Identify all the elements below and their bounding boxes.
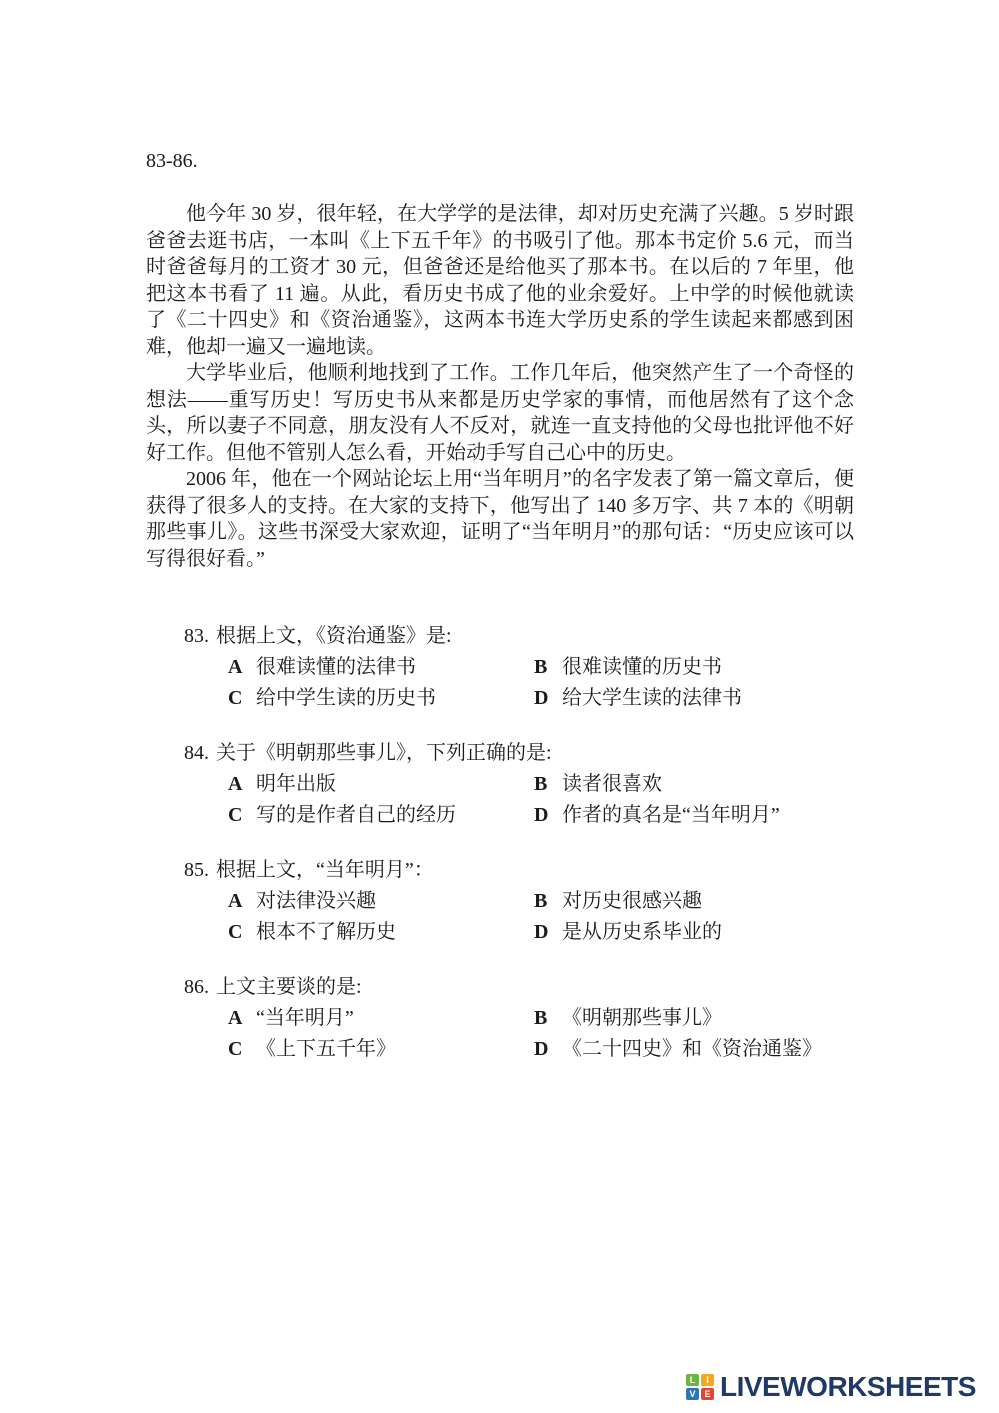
option-text: 作者的真名是“当年明月” (562, 800, 780, 831)
question-stem-text: 上文主要谈的是: (216, 976, 362, 998)
option-83-A[interactable]: A 很难读懂的法律书 (228, 652, 534, 683)
option-text: “当年明月” (256, 1003, 354, 1034)
option-83-D[interactable]: D 给大学生读的法律书 (534, 683, 742, 714)
question-number: 86. (184, 976, 209, 998)
option-83-C[interactable]: C 给中学生读的历史书 (228, 683, 534, 714)
option-letter: C (228, 1034, 245, 1065)
question-stem-text: 关于《明朝那些事儿》，下列正确的是: (216, 742, 552, 764)
option-row: C 《上下五千年》 D 《二十四史》和《资治通鉴》 (146, 1034, 854, 1065)
option-text: 给大学生读的法律书 (562, 683, 742, 714)
exercise-range-label: 83-86. (146, 150, 854, 172)
option-letter: D (534, 1034, 551, 1065)
option-letter: A (228, 886, 245, 917)
option-text: 《明朝那些事儿》 (562, 1003, 722, 1034)
option-letter: C (228, 800, 245, 831)
question-stem-text: 根据上文，“当年明月”： (216, 859, 434, 881)
option-text: 写的是作者自己的经历 (256, 800, 456, 831)
option-row: C 给中学生读的历史书 D 给大学生读的法律书 (146, 683, 854, 714)
worksheet-content: 83-86. 他今年 30 岁，很年轻，在大学学的是法律，却对历史充满了兴趣。5… (146, 150, 854, 1089)
logo-tile-e: E (701, 1388, 714, 1400)
question-stem: 86.上文主要谈的是: (146, 972, 854, 1003)
option-letter: D (534, 917, 551, 948)
option-row: A 很难读懂的法律书 B 很难读懂的历史书 (146, 652, 854, 683)
question-85: 85.根据上文，“当年明月”： A 对法律没兴趣 B 对历史很感兴趣 C (146, 855, 854, 948)
option-85-A[interactable]: A 对法律没兴趣 (228, 886, 534, 917)
question-number: 84. (184, 742, 209, 764)
question-stem-text: 根据上文，《资治通鉴》是: (216, 625, 452, 647)
option-row: C 根本不了解历史 D 是从历史系毕业的 (146, 917, 854, 948)
liveworksheets-wordmark: LIVEWORKSHEETS (720, 1371, 976, 1403)
option-84-B[interactable]: B 读者很喜欢 (534, 769, 662, 800)
passage-paragraph: 他今年 30 岁，很年轻，在大学学的是法律，却对历史充满了兴趣。5 岁时跟爸爸去… (146, 201, 854, 360)
question-stem: 83.根据上文，《资治通鉴》是: (146, 621, 854, 652)
option-86-A[interactable]: A “当年明月” (228, 1003, 534, 1034)
liveworksheets-grid-icon: L I V E (686, 1374, 714, 1400)
option-letter: A (228, 1003, 245, 1034)
option-text: 很难读懂的法律书 (256, 652, 416, 683)
option-row: A 明年出版 B 读者很喜欢 (146, 769, 854, 800)
option-letter: B (534, 769, 551, 800)
option-86-D[interactable]: D 《二十四史》和《资治通鉴》 (534, 1034, 822, 1065)
option-text: 对历史很感兴趣 (562, 886, 702, 917)
option-text: 《上下五千年》 (256, 1034, 396, 1065)
logo-tile-v: V (686, 1388, 699, 1400)
question-number: 83. (184, 625, 209, 647)
option-86-C[interactable]: C 《上下五千年》 (228, 1034, 534, 1065)
option-83-B[interactable]: B 很难读懂的历史书 (534, 652, 722, 683)
option-letter: C (228, 917, 245, 948)
option-text: 《二十四史》和《资治通鉴》 (562, 1034, 822, 1065)
option-letter: B (534, 652, 551, 683)
question-stem: 85.根据上文，“当年明月”： (146, 855, 854, 886)
option-row: C 写的是作者自己的经历 D 作者的真名是“当年明月” (146, 800, 854, 831)
option-text: 是从历史系毕业的 (562, 917, 722, 948)
option-letter: A (228, 769, 245, 800)
option-letter: A (228, 652, 245, 683)
logo-tile-l: L (686, 1374, 699, 1386)
questions-section: 83.根据上文，《资治通鉴》是: A 很难读懂的法律书 B 很难读懂的历史书 C (146, 621, 854, 1065)
option-letter: D (534, 800, 551, 831)
option-text: 根本不了解历史 (256, 917, 396, 948)
option-letter: B (534, 1003, 551, 1034)
question-stem: 84.关于《明朝那些事儿》，下列正确的是: (146, 738, 854, 769)
option-text: 对法律没兴趣 (256, 886, 376, 917)
logo-tile-i: I (701, 1374, 714, 1386)
question-number: 85. (184, 859, 209, 881)
option-85-B[interactable]: B 对历史很感兴趣 (534, 886, 702, 917)
option-text: 明年出版 (256, 769, 336, 800)
question-84: 84.关于《明朝那些事儿》，下列正确的是: A 明年出版 B 读者很喜欢 C (146, 738, 854, 831)
option-text: 很难读懂的历史书 (562, 652, 722, 683)
option-84-C[interactable]: C 写的是作者自己的经历 (228, 800, 534, 831)
question-86: 86.上文主要谈的是: A “当年明月” B 《明朝那些事儿》 C 《上下 (146, 972, 854, 1065)
option-86-B[interactable]: B 《明朝那些事儿》 (534, 1003, 722, 1034)
option-row: A 对法律没兴趣 B 对历史很感兴趣 (146, 886, 854, 917)
passage-paragraph: 2006 年，他在一个网站论坛上用“当年明月”的名字发表了第一篇文章后，便获得了… (146, 466, 854, 572)
reading-passage: 他今年 30 岁，很年轻，在大学学的是法律，却对历史充满了兴趣。5 岁时跟爸爸去… (146, 201, 854, 572)
option-85-D[interactable]: D 是从历史系毕业的 (534, 917, 722, 948)
option-letter: B (534, 886, 551, 917)
option-letter: C (228, 683, 245, 714)
option-84-D[interactable]: D 作者的真名是“当年明月” (534, 800, 780, 831)
option-84-A[interactable]: A 明年出版 (228, 769, 534, 800)
option-row: A “当年明月” B 《明朝那些事儿》 (146, 1003, 854, 1034)
worksheet-page: 83-86. 他今年 30 岁，很年轻，在大学学的是法律，却对历史充满了兴趣。5… (0, 0, 999, 1413)
option-letter: D (534, 683, 551, 714)
option-85-C[interactable]: C 根本不了解历史 (228, 917, 534, 948)
passage-paragraph: 大学毕业后，他顺利地找到了工作。工作几年后，他突然产生了一个奇怪的想法——重写历… (146, 360, 854, 466)
option-text: 给中学生读的历史书 (256, 683, 436, 714)
option-text: 读者很喜欢 (562, 769, 662, 800)
liveworksheets-logo-link[interactable]: L I V E LIVEWORKSHEETS (686, 1371, 976, 1403)
question-83: 83.根据上文，《资治通鉴》是: A 很难读懂的法律书 B 很难读懂的历史书 C (146, 621, 854, 714)
